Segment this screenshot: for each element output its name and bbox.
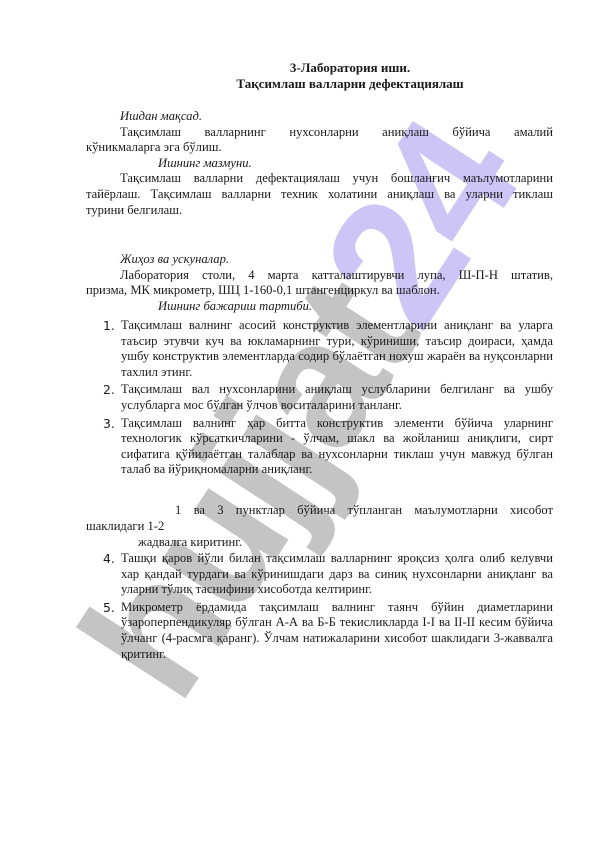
procedure-item-1: 1. Тақсимлаш валнинг асосий конструктив … — [103, 318, 553, 380]
procedure-heading: Ишнинг бажариш тартиби. — [86, 299, 553, 315]
item-text: Тақсимлаш вал нухсонларини аниқлаш услуб… — [121, 382, 553, 413]
procedure-list-a: 1. Тақсимлаш валнинг асосий конструктив … — [103, 318, 553, 480]
procedure-note: 1 ва 3 пунктлар бўйича тўпланган маълумо… — [103, 503, 553, 519]
procedure-item-4: 4. Ташқи қаров йўли билан тақсимлаш валл… — [103, 551, 553, 598]
goal-text-line-2: кўникмаларга эга бўлиш. — [86, 140, 553, 156]
item-text: Тақсимлаш валнинг асосий конструктив эле… — [121, 318, 553, 380]
document-content: 3-Лаборатория иши. Тақсимлаш валларни де… — [0, 0, 596, 842]
content-text-line-1: Тақсимлаш валларни дефектациялаш учун бо… — [86, 171, 553, 187]
procedure-item-3: 3. Тақсимлаш валнинг ҳар битта конструкт… — [103, 416, 553, 478]
procedure-item-5: 5. Микрометр ёрдамида тақсимлаш валнинг … — [103, 600, 553, 662]
item-text: Тақсимлаш валнинг ҳар битта конструктив … — [121, 416, 553, 478]
procedure-item-2: 2. Тақсимлаш вал нухсонларини аниқлаш ус… — [103, 382, 553, 413]
item-number: 2. — [103, 382, 115, 398]
goal-heading: Ишдан мақсад. — [86, 109, 553, 125]
item-number: 3. — [103, 416, 115, 432]
procedure-list-b: 4. Ташқи қаров йўли билан тақсимлаш валл… — [103, 551, 553, 664]
note-line-1: 1 ва 3 пунктлар бўйича тўпланган маълумо… — [103, 503, 553, 519]
goal-section: Ишдан мақсад. Тақсимлаш валларнинг нухсо… — [86, 109, 553, 218]
item-text: Ташқи қаров йўли билан тақсимлаш валларн… — [121, 551, 553, 598]
equipment-text-line-1: Лаборатория столи, 4 марта катталаштирув… — [86, 268, 553, 284]
title-line-2: Тақсимлаш валларни дефектациялаш — [180, 76, 520, 92]
title-line-1: 3-Лаборатория иши. — [180, 60, 520, 76]
content-text-line-3: турини белгилаш. — [86, 203, 553, 219]
item-number: 1. — [103, 318, 115, 334]
equipment-heading: Жиҳоз ва ускуналар. — [86, 252, 553, 268]
document-page: hujjat24 3-Лаборатория иши. Тақсимлаш ва… — [0, 0, 596, 842]
item-number: 5. — [103, 600, 115, 616]
note-line-2: шаклидаги 1-2 — [86, 519, 553, 535]
content-heading: Ишнинг мазмуни. — [86, 156, 553, 172]
content-text-line-2: тайёрлаш. Тақсимлаш валларни техник хола… — [86, 187, 553, 203]
equipment-text-line-2: призма, МК микрометр, ШЦ 1-160-0,1 штанг… — [86, 283, 553, 299]
note-line-3: жадвалга киритинг. — [138, 535, 596, 551]
equipment-section: Жиҳоз ва ускуналар. Лаборатория столи, 4… — [86, 252, 553, 314]
item-text: Микрометр ёрдамида тақсимлаш валнинг тая… — [121, 600, 553, 662]
item-number: 4. — [103, 551, 115, 567]
goal-text-line-1: Тақсимлаш валларнинг нухсонларни аниқлаш… — [86, 125, 553, 141]
